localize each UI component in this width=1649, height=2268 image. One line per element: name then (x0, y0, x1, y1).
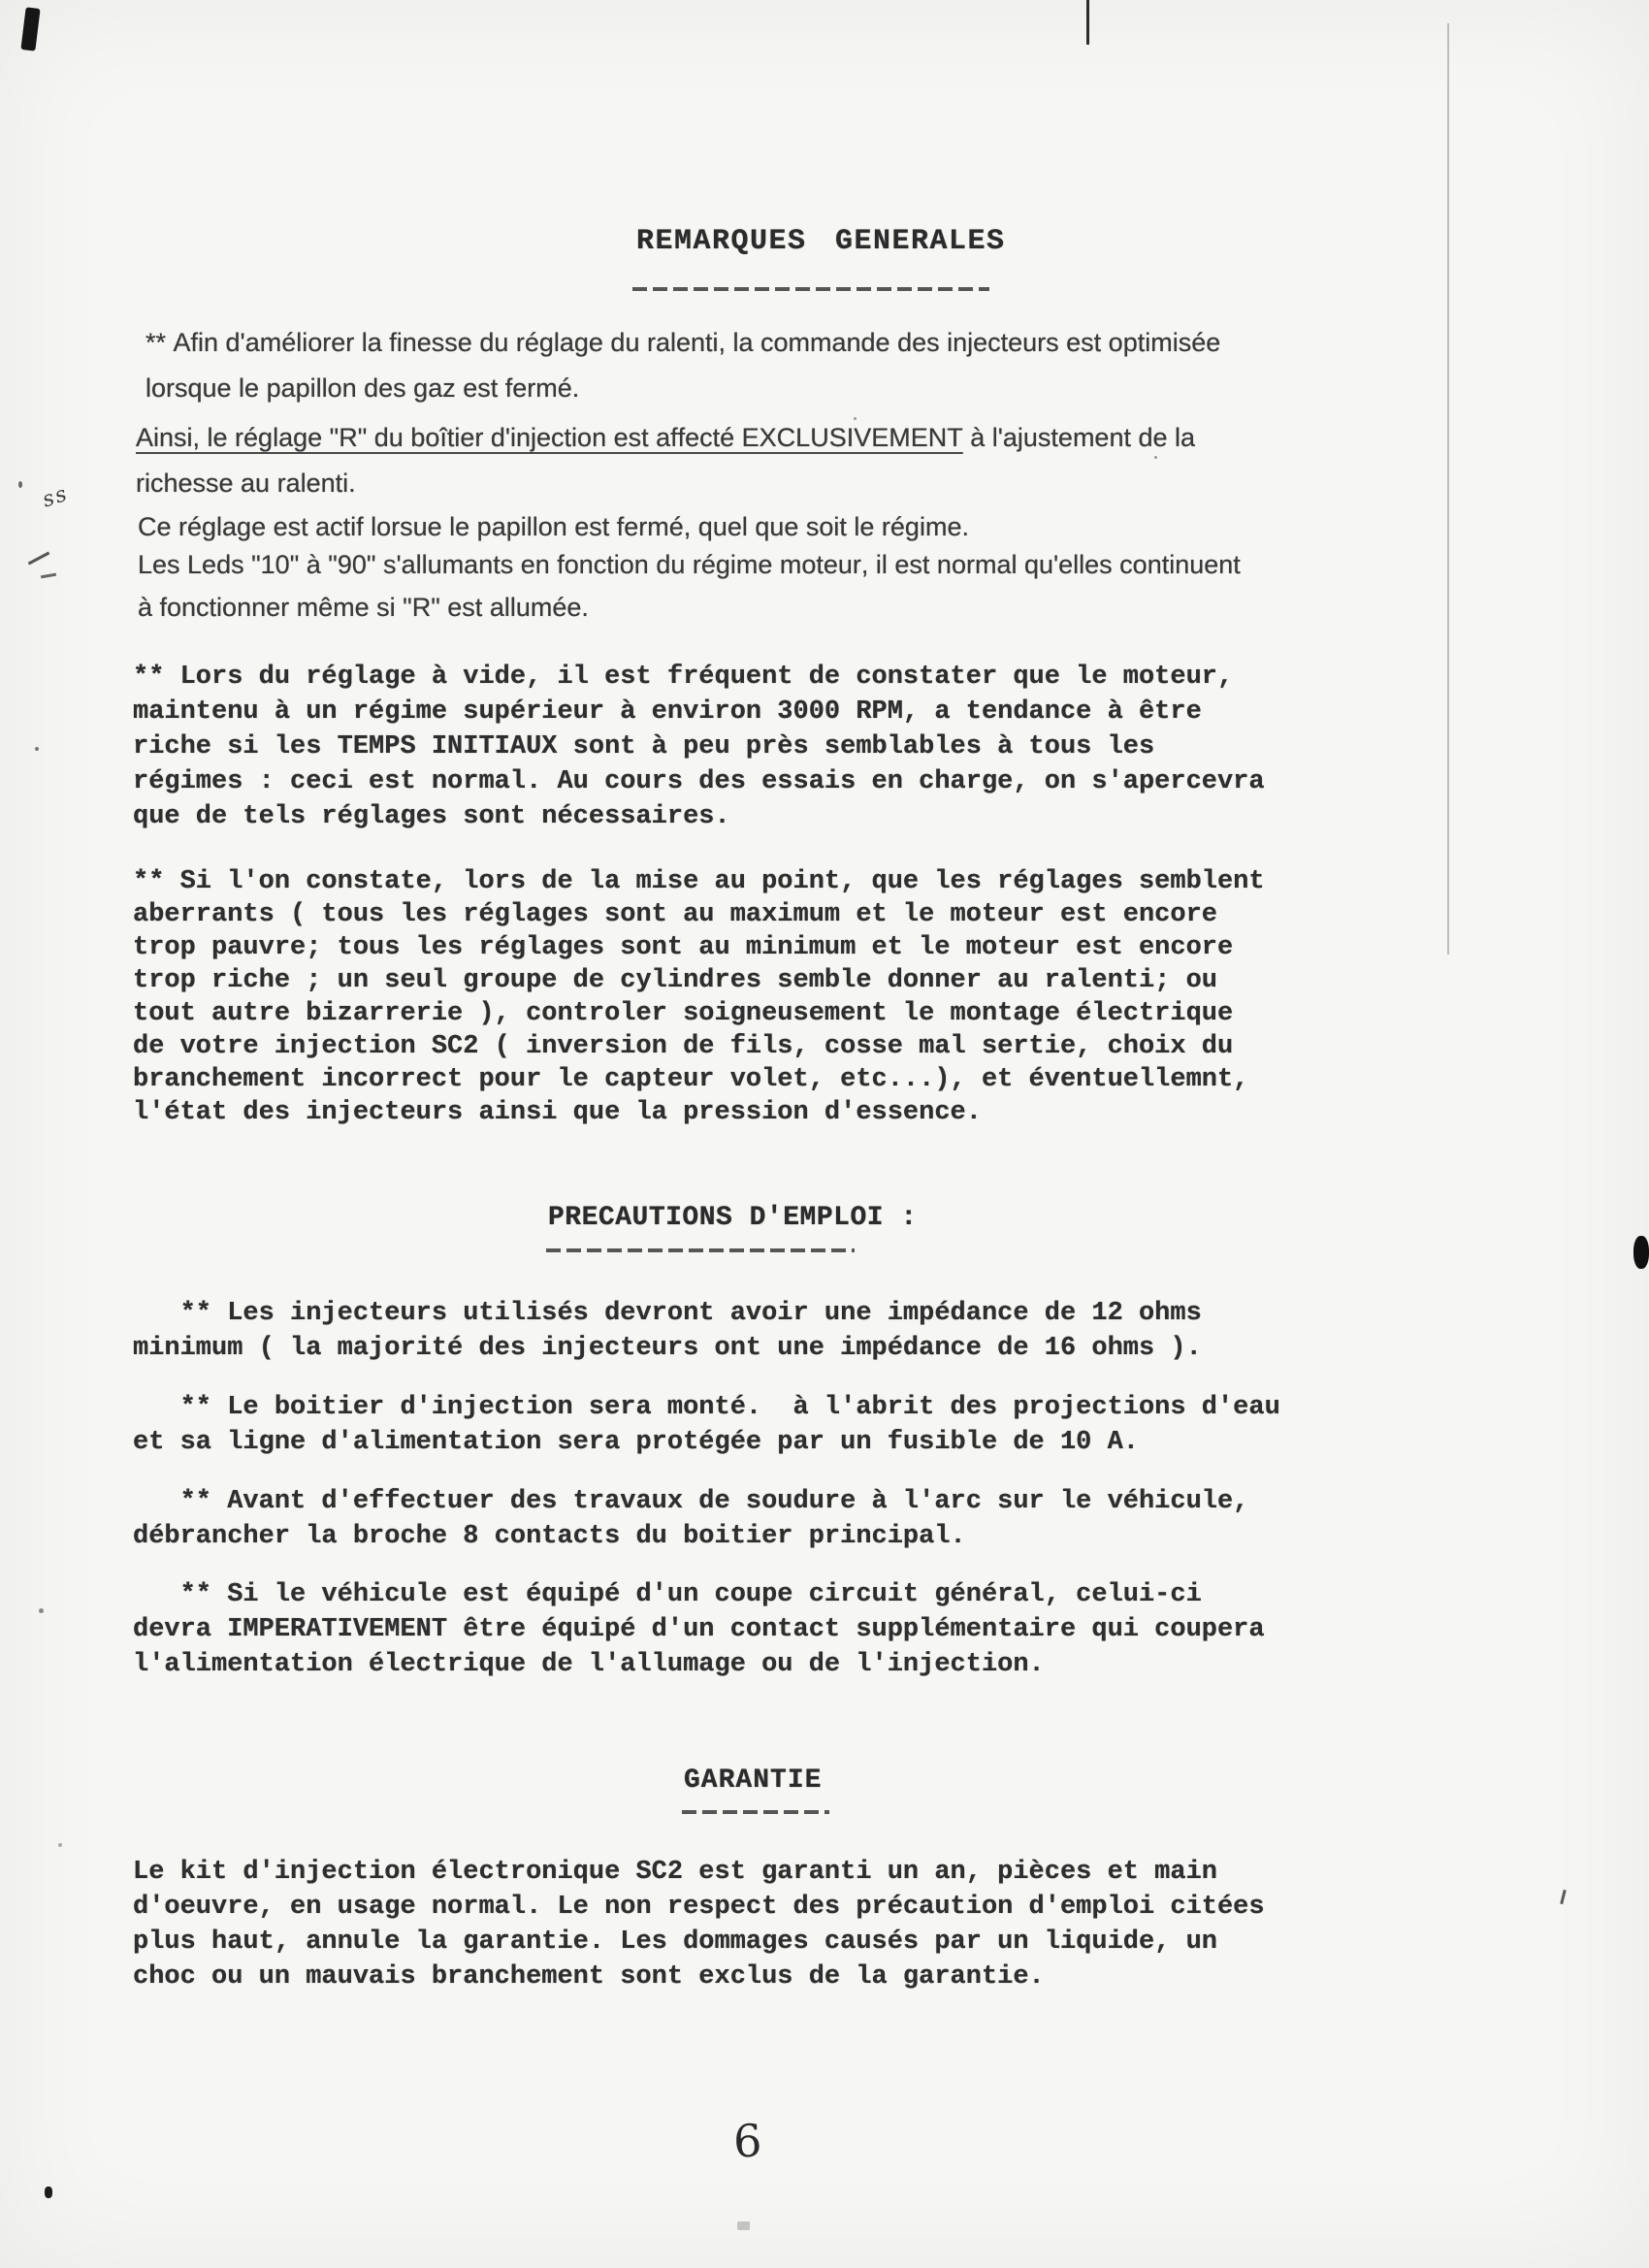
section-title-remarques-generales: REMARQUES GENERALES (636, 225, 1006, 258)
precaution-soudure-arc: ** Avant d'effectuer des travaux de soud… (133, 1484, 1248, 1554)
scan-line-top (1086, 0, 1089, 45)
margin-pen-stroke (28, 552, 50, 566)
scan-smudge-bottom (737, 2221, 750, 2230)
garantie-dash-underline (682, 1810, 829, 1814)
scan-speck (39, 1608, 44, 1613)
scan-speck (45, 2187, 52, 2198)
typewriter-block-si-lon-constate: ** Si l'on constate, lors de la mise au … (133, 865, 1265, 1129)
scan-mark-right (1560, 1890, 1567, 1904)
paragraph-afin-ameliorer: ** Afin d'améliorer la finesse du réglag… (145, 320, 1309, 411)
scanned-document-page: ss REMARQUES GENERALES ** Afin d'amélior… (0, 0, 1649, 2268)
scan-blob-right-edge (1633, 1236, 1649, 1269)
section-title-garantie: GARANTIE (684, 1766, 822, 1796)
paragraph-ainsi-reglage-r: Ainsi, le réglage "R" du boîtier d'injec… (136, 415, 1300, 506)
precautions-dash-underline (546, 1248, 855, 1252)
margin-scribble: ss (40, 482, 72, 513)
garantie-paragraph: Le kit d'injection électronique SC2 est … (133, 1855, 1265, 1994)
typewriter-block-lors-du-reglage: ** Lors du réglage à vide, il est fréque… (133, 660, 1265, 834)
section-title-precautions-emploi: PRECAUTIONS D'EMPLOI : (548, 1203, 918, 1233)
precaution-coupe-circuit: ** Si le véhicule est équipé d'un coupe … (133, 1577, 1265, 1682)
precaution-injecteurs-impedance: ** Les injecteurs utilisés devront avoir… (133, 1296, 1202, 1366)
precaution-boitier-abri-eau: ** Le boitier d'injection sera monté. à … (133, 1390, 1280, 1460)
page-number: 6 (732, 2115, 762, 2168)
scan-speck (58, 1843, 62, 1847)
underlined-segment: Ainsi, le réglage "R" du boîtier d'injec… (136, 423, 963, 452)
margin-pen-stroke (41, 573, 56, 579)
paragraph-les-leds: Les Leds "10" à "90" s'allumants en fonc… (138, 543, 1302, 629)
scan-line-right (1447, 23, 1449, 955)
scan-mark-top-left (20, 7, 40, 51)
title-dash-underline (632, 287, 989, 291)
scan-speck (18, 481, 22, 488)
scan-speck (35, 747, 39, 751)
